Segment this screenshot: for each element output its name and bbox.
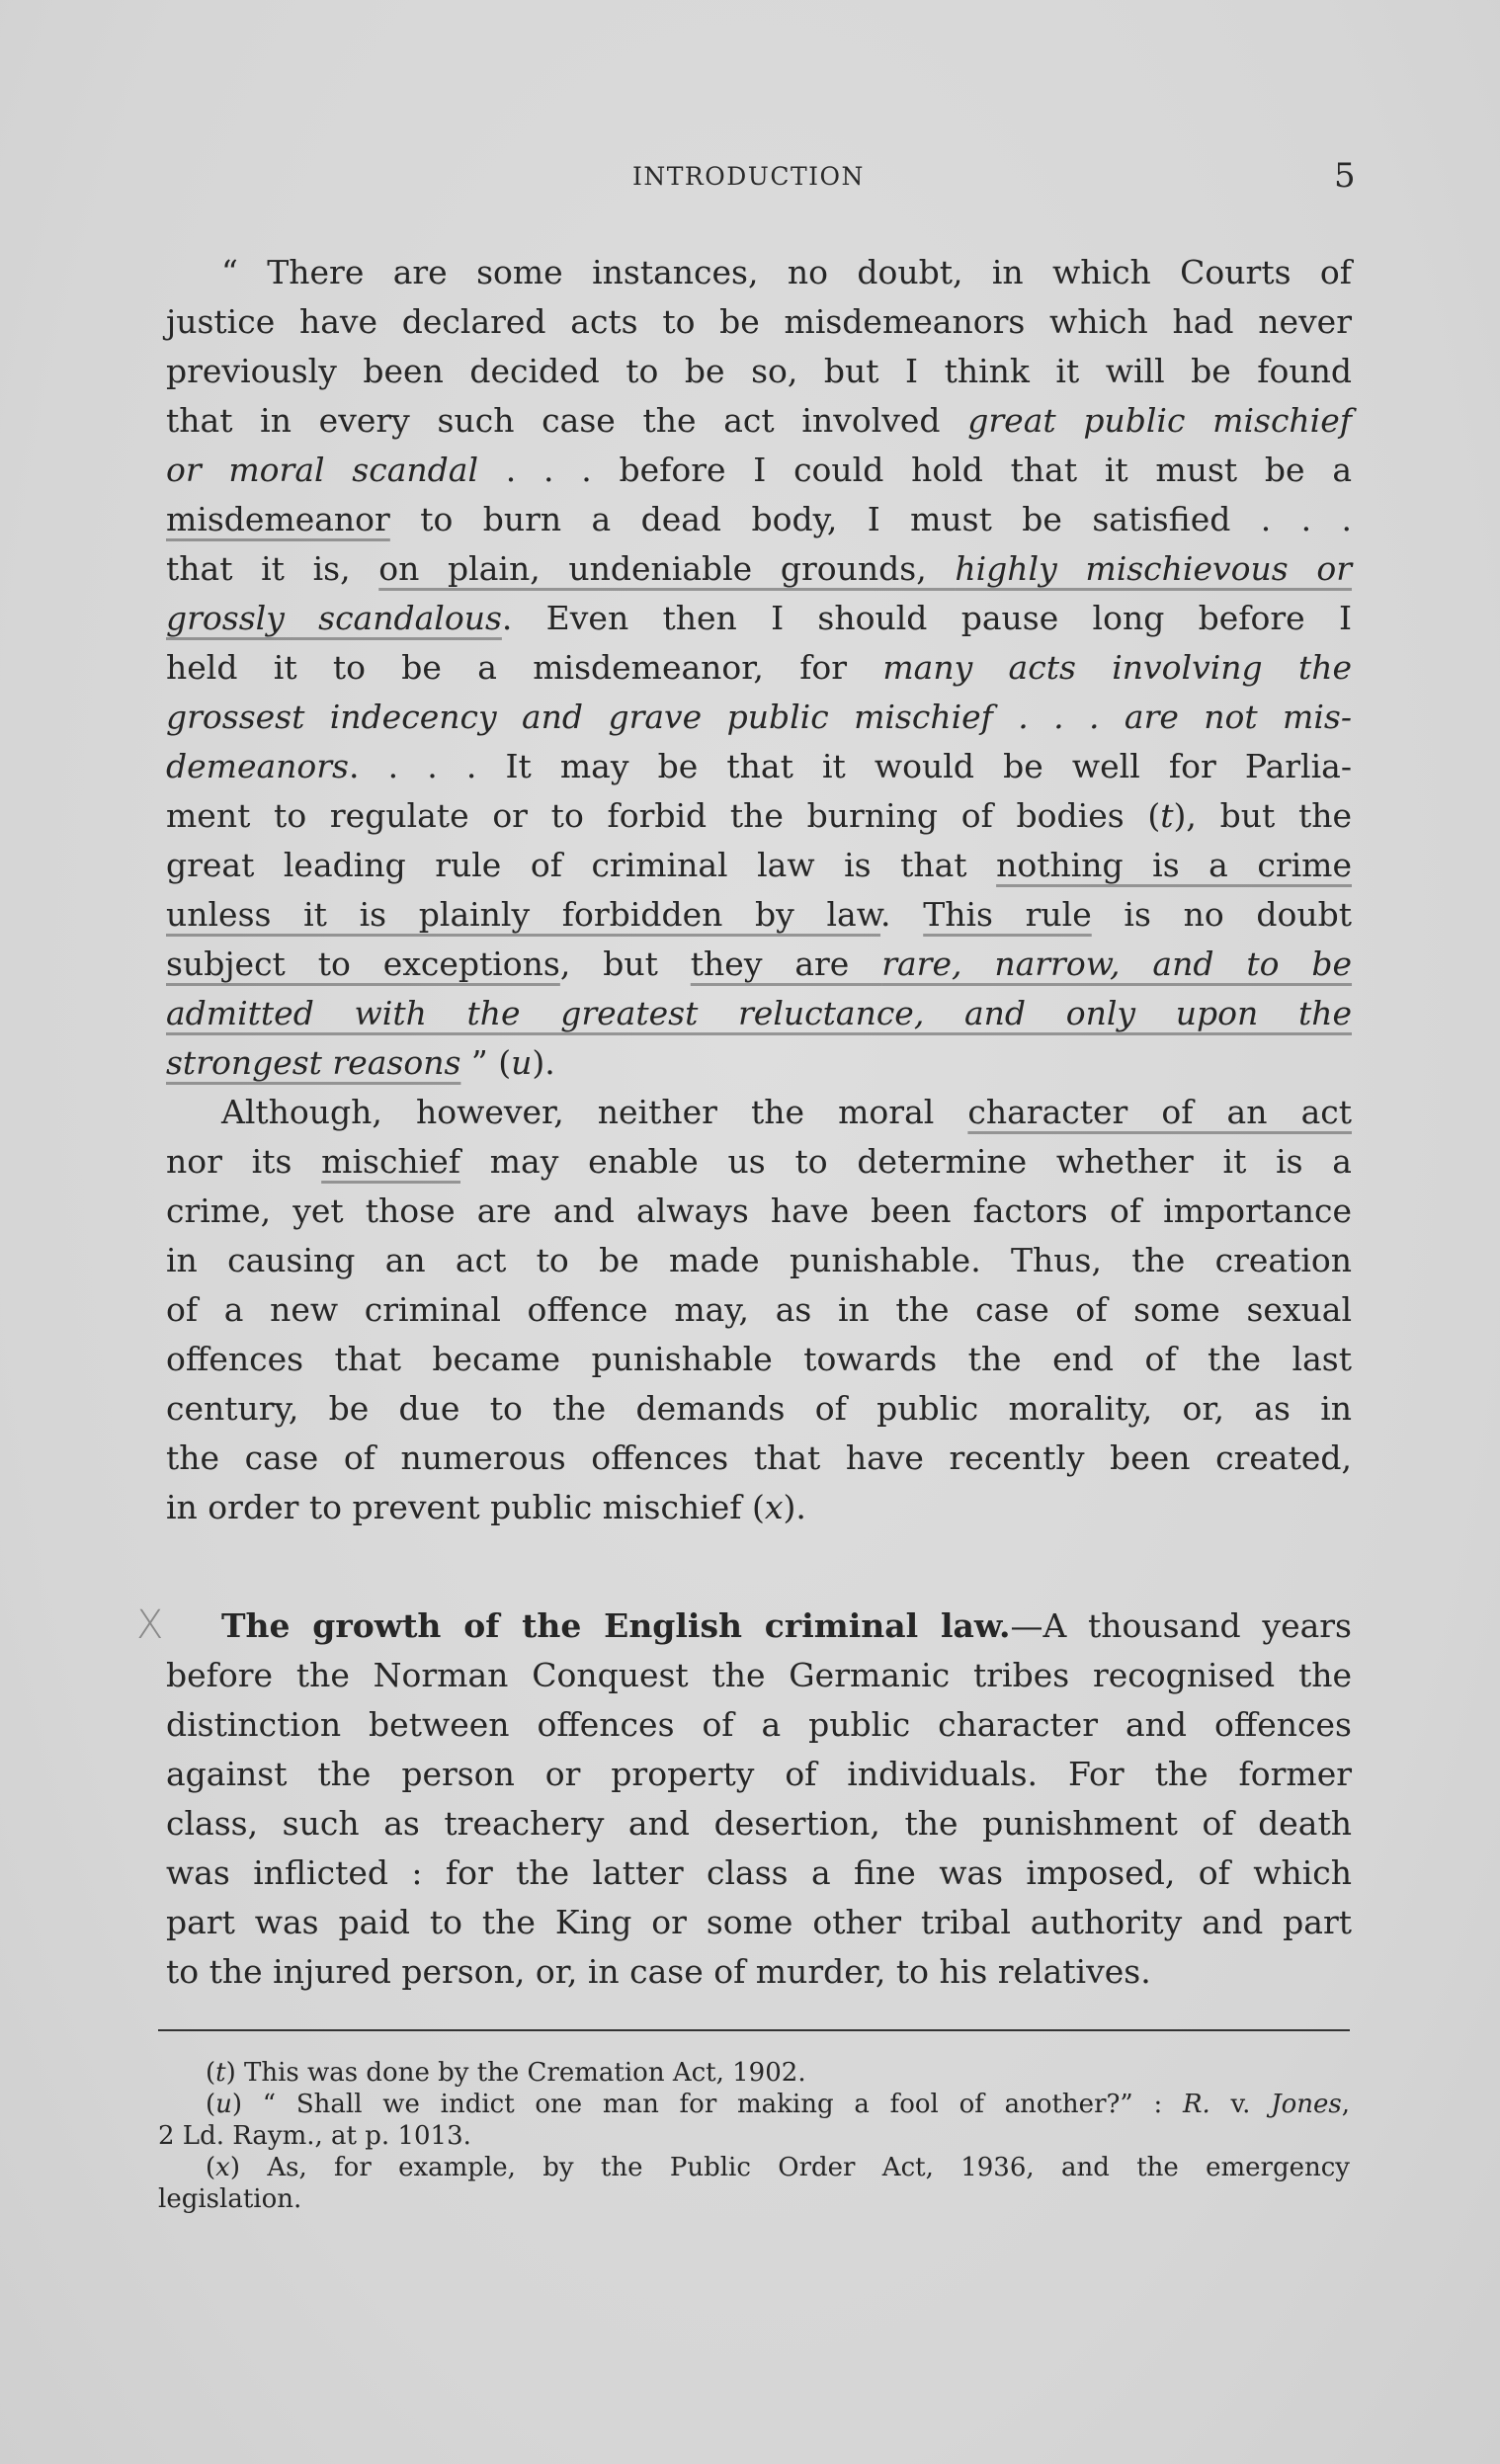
- text-line: of a new criminal offence may, as in the…: [166, 1290, 1352, 1330]
- pencil-underline: admitted with the greatest reluctance, a…: [166, 994, 1352, 1032]
- pencil-underline: on plain, undeniable grounds,: [378, 549, 955, 588]
- text-line: misdemeanor to burn a dead body, I must …: [166, 500, 1352, 539]
- text-line: unless it is plainly forbidden by law. T…: [166, 895, 1352, 935]
- footnote-divider: [158, 2029, 1350, 2031]
- text-line: before the Norman Conquest the Germanic …: [166, 1656, 1352, 1695]
- text-line: that in every such case the act involved…: [166, 401, 1352, 441]
- pencil-underline: unless it is plainly forbidden by law: [166, 895, 880, 934]
- pencil-margin-mark: X: [136, 1602, 163, 1648]
- running-head: INTRODUCTION 5: [0, 158, 1500, 198]
- text-line: distinction between offences of a public…: [166, 1705, 1352, 1745]
- pencil-underline: character of an act: [967, 1093, 1352, 1131]
- pencil-underline: subject to exceptions: [166, 945, 560, 983]
- text-line: ment to regulate or to forbid the burnin…: [166, 796, 1352, 836]
- text-line: great leading rule of criminal law is th…: [166, 846, 1352, 885]
- text-line: nor its mischief may enable us to determ…: [166, 1142, 1352, 1182]
- text-line: part was paid to the King or some other …: [166, 1903, 1352, 1942]
- text-line: the case of numerous offences that have …: [166, 1438, 1352, 1478]
- text-line: century, be due to the demands of public…: [166, 1389, 1352, 1429]
- text-line: against the person or property of indivi…: [166, 1755, 1352, 1794]
- pencil-underline: they are: [691, 945, 881, 983]
- text-line: Although, however, neither the moral cha…: [166, 1093, 1352, 1132]
- pencil-underline: strongest reasons: [166, 1043, 460, 1082]
- footnote-u-continuation: 2 Ld. Raym., at p. 1013.: [158, 2120, 1350, 2152]
- text-line: grossly scandalous. Even then I should p…: [166, 599, 1352, 638]
- text-line: in order to prevent public mischief (x).: [166, 1488, 1352, 1527]
- text-line: subject to exceptions, but they are rare…: [166, 945, 1352, 984]
- footnote-u: (u) “ Shall we indict one man for making…: [158, 2089, 1350, 2120]
- text-line: to the injured person, or, in case of mu…: [166, 1952, 1352, 1992]
- text-line: crime, yet those are and always have bee…: [166, 1191, 1352, 1231]
- footnote-t: (t) This was done by the Cremation Act, …: [158, 2057, 1350, 2089]
- footnote-x-continuation: legislation.: [158, 2183, 1350, 2215]
- text-line: The growth of the English criminal law.—…: [166, 1606, 1352, 1646]
- pencil-underline: grossly scandalous: [166, 599, 502, 637]
- section-heading: The growth of the English criminal law.: [221, 1606, 1010, 1645]
- footnote-ref-x[interactable]: x: [765, 1488, 784, 1526]
- text-line: held it to be a misdemeanor, for many ac…: [166, 648, 1352, 688]
- text-line: class, such as treachery and desertion, …: [166, 1804, 1352, 1844]
- text-line: admitted with the greatest reluctance, a…: [166, 994, 1352, 1033]
- footnote-ref-u[interactable]: u: [511, 1043, 532, 1082]
- text-line: strongest reasons ” (u).: [166, 1043, 1352, 1083]
- pencil-underline: rare, narrow, and to be: [881, 945, 1352, 983]
- text-line: demeanors. . . . It may be that it would…: [166, 747, 1352, 786]
- text-line: in causing an act to be made punishable.…: [166, 1241, 1352, 1280]
- pencil-underline: nothing is a crime: [996, 846, 1352, 884]
- running-title: INTRODUCTION: [632, 162, 865, 191]
- page-number: 5: [1334, 156, 1356, 196]
- text-line: that it is, on plain, undeniable grounds…: [166, 549, 1352, 589]
- text-line: justice have declared acts to be misdeme…: [166, 302, 1352, 342]
- text-line: was inflicted : for the latter class a f…: [166, 1853, 1352, 1893]
- pencil-underline: mischief: [321, 1142, 460, 1181]
- pencil-underline: misdemeanor: [166, 500, 390, 538]
- footnote-ref-t[interactable]: t: [1160, 796, 1173, 835]
- text-line: previously been decided to be so, but I …: [166, 352, 1352, 391]
- text-line: offences that became punishable towards …: [166, 1340, 1352, 1379]
- pencil-underline: This rule: [923, 895, 1092, 934]
- text-line: grossest indecency and grave public misc…: [166, 698, 1352, 737]
- footnote-x: (x) As, for example, by the Public Order…: [158, 2152, 1350, 2183]
- text-line: “ There are some instances, no doubt, in…: [166, 253, 1352, 292]
- pencil-underline: highly mischievous or: [955, 549, 1352, 588]
- text-line: or moral scandal . . . before I could ho…: [166, 451, 1352, 490]
